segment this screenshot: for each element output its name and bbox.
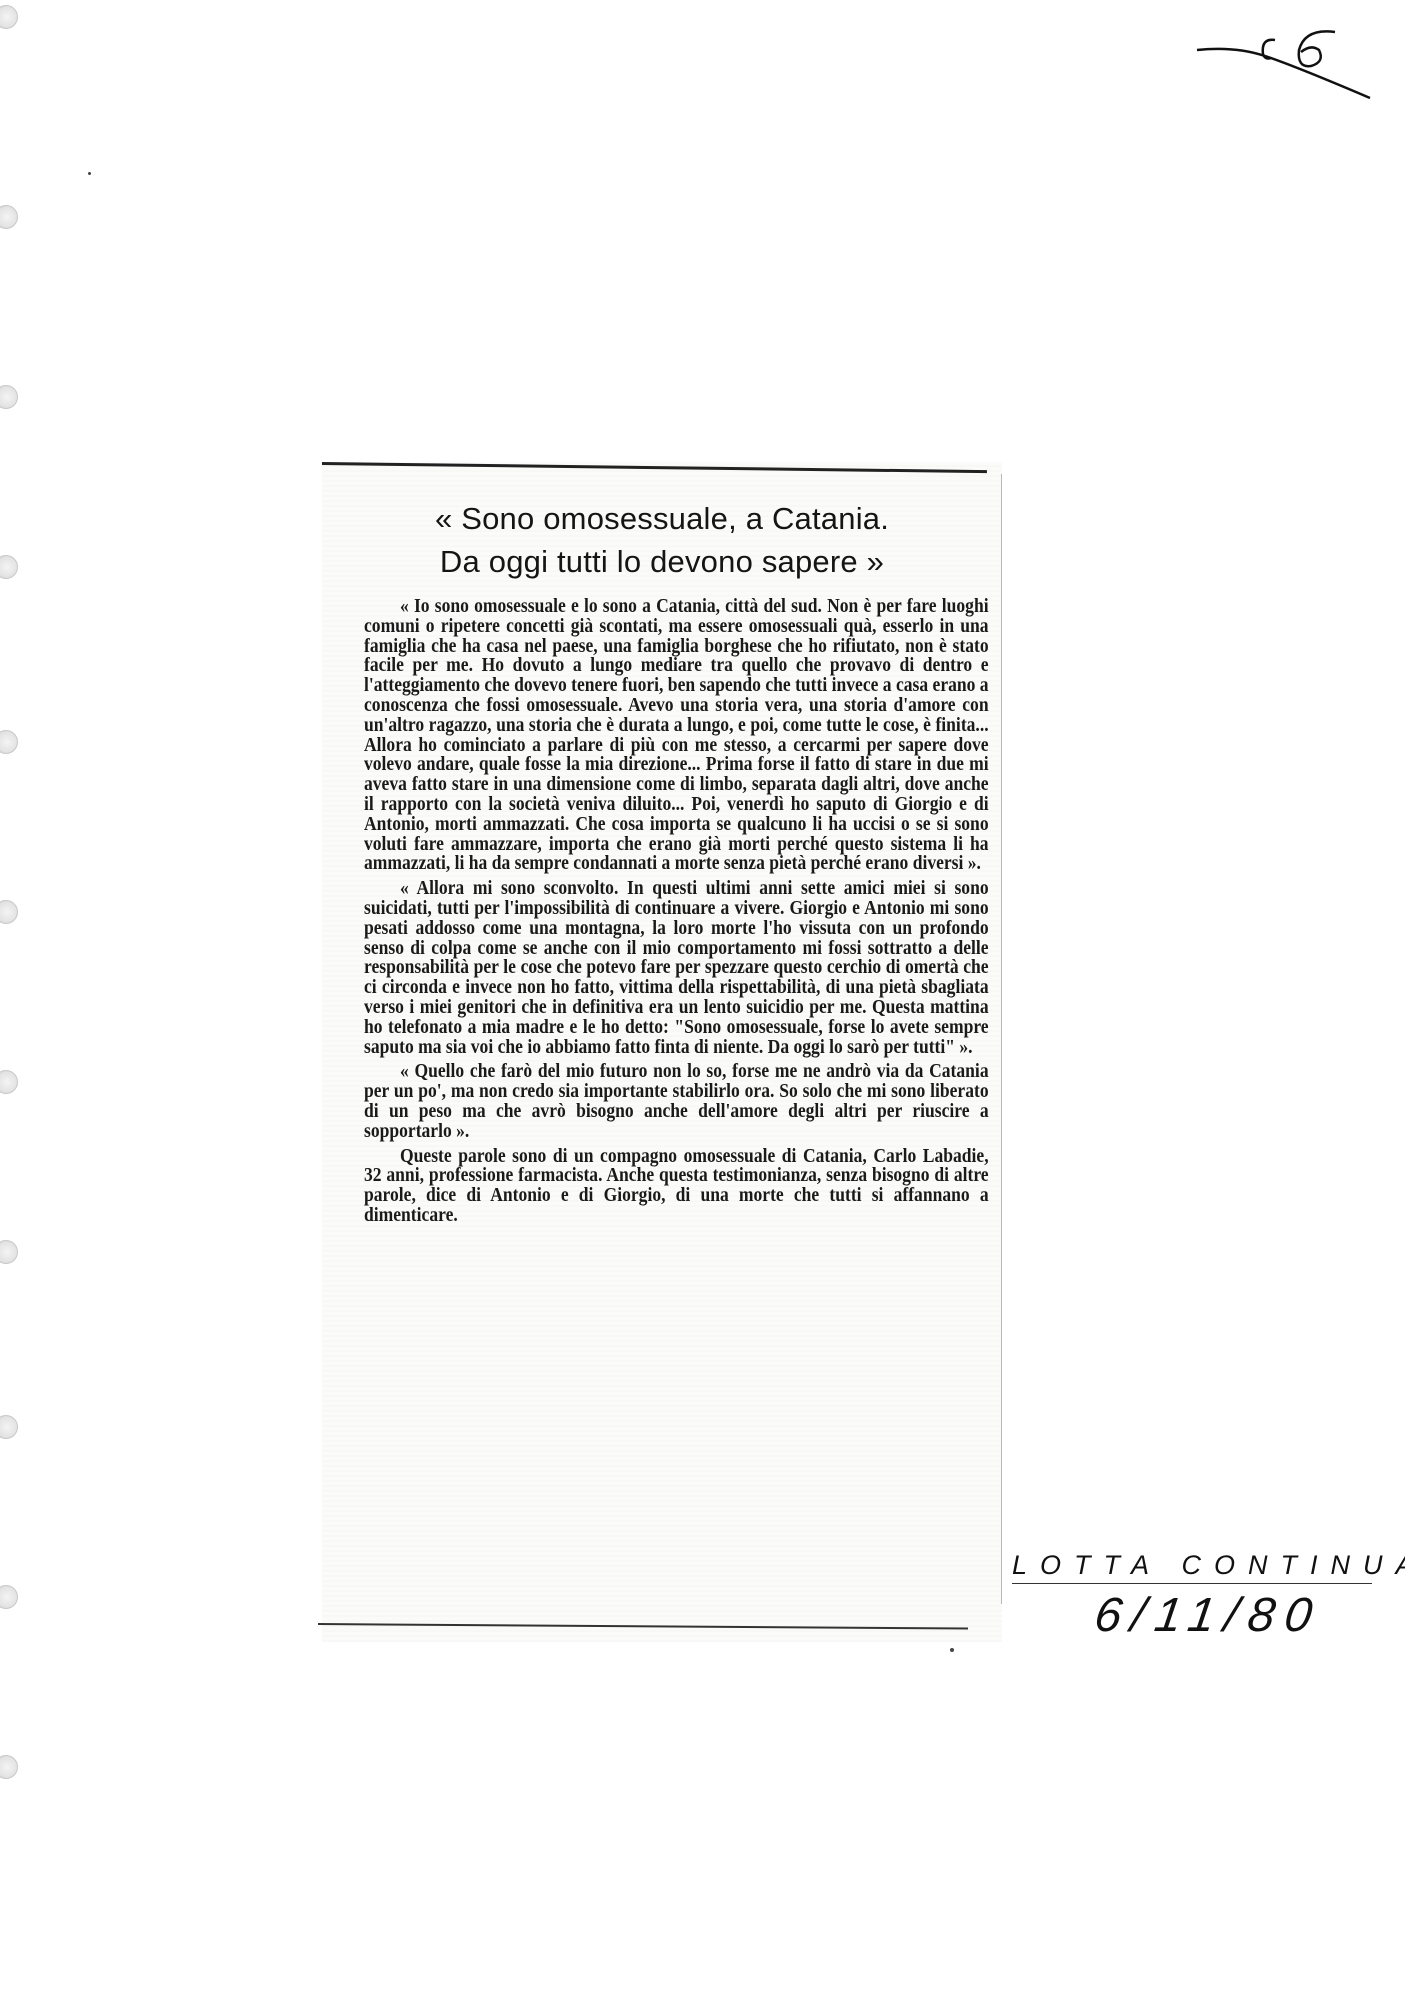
ink-speck [950, 1648, 954, 1652]
article-paragraph: « Quello che farò del mio futuro non lo … [364, 1062, 989, 1141]
handwritten-page-number: c6 [1195, 20, 1375, 100]
article-headline: « Sono omosessuale, a Catania. Da oggi t… [322, 497, 1002, 583]
clipping-top-rule [322, 462, 987, 473]
headline-line-2: Da oggi tutti lo devono sapere » [322, 540, 1002, 583]
handwritten-source-note: LOTTA CONTINUA 6/11/80 [1000, 1550, 1380, 1660]
article-paragraph: « Allora mi sono sconvolto. In questi ul… [364, 879, 989, 1057]
punch-hole [0, 730, 18, 754]
punch-hole [0, 205, 18, 229]
page-number-text: c6 [1195, 20, 1210, 24]
ink-speck [88, 172, 91, 175]
article-paragraph: Queste parole sono di un compagno omoses… [364, 1147, 989, 1226]
punch-hole [0, 900, 18, 924]
source-publication: LOTTA CONTINUA [1012, 1550, 1372, 1584]
punch-hole [0, 385, 18, 409]
punch-hole [0, 5, 18, 29]
headline-line-1: « Sono omosessuale, a Catania. [322, 497, 1002, 540]
punch-hole [0, 1755, 18, 1779]
punch-hole [0, 1585, 18, 1609]
clipping-bottom-rule [318, 1623, 968, 1630]
punch-hole [0, 1415, 18, 1439]
article-paragraph: « Io sono omosessuale e lo sono a Catani… [364, 597, 989, 874]
punch-hole [0, 555, 18, 579]
article-body: « Io sono omosessuale e lo sono a Catani… [364, 597, 989, 1231]
source-date: 6/11/80 [1091, 1588, 1325, 1643]
newspaper-clipping: « Sono omosessuale, a Catania. Da oggi t… [322, 462, 1002, 1642]
clipping-right-edge [1001, 474, 1002, 1604]
page-number-scribble: c6 [1195, 20, 1375, 100]
punch-hole [0, 1070, 18, 1094]
punch-hole [0, 1240, 18, 1264]
